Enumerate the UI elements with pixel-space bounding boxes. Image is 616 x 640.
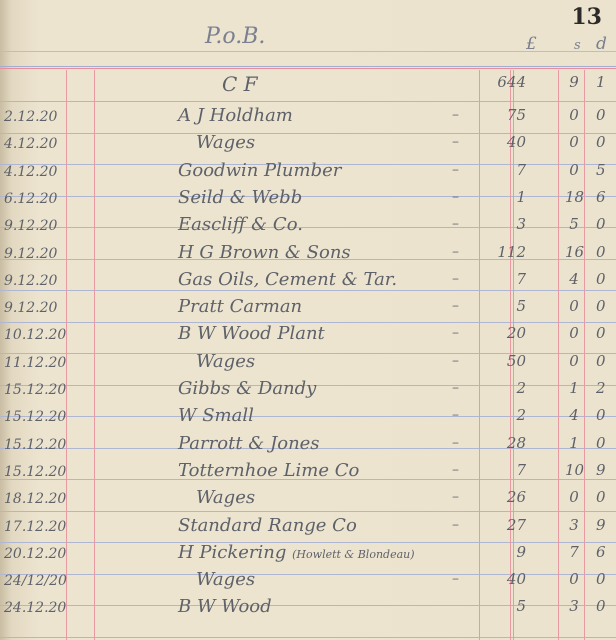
entry-date: 2.12.20 (4, 109, 57, 125)
entry-date: 9.12.20 (4, 246, 57, 262)
entry-payee: W Small (178, 405, 254, 426)
entry-date: 18.12.20 (4, 491, 66, 507)
entry-date: 15.12.20 (4, 464, 66, 480)
amount-shillings: 0 (565, 488, 583, 506)
entry-description: H G Brown & Sons (178, 242, 351, 263)
entry-dash: – (452, 489, 459, 505)
amount-pence: 0 (596, 597, 606, 615)
entry-description: Wages (196, 569, 255, 590)
amount-pence: 0 (596, 406, 606, 424)
entry-description: Wages (196, 487, 255, 508)
amount-pounds: 2 (516, 379, 526, 397)
amount-pence: 1 (596, 73, 606, 91)
entry-dash: – (452, 325, 459, 341)
amount-pounds: 40 (507, 570, 526, 588)
ledger-entry-row: 4.12.20Wages –4000 (0, 130, 616, 161)
entry-dash: – (452, 435, 459, 451)
amount-pence: 9 (596, 461, 606, 479)
entry-dash: – (452, 462, 459, 478)
entry-date: 24/12/20 (4, 573, 67, 589)
amount-pounds: 50 (507, 352, 526, 370)
amount-pounds: 1 (516, 188, 526, 206)
entry-description: H Pickering (Howlett & Blondeau) (178, 542, 415, 563)
amount-pence: 0 (596, 488, 606, 506)
entry-dash: – (452, 380, 459, 396)
entry-dash: – (452, 134, 459, 150)
amount-shillings: 0 (565, 133, 583, 151)
amount-shillings: 16 (565, 243, 583, 261)
entry-payee: Goodwin Plumber (178, 160, 341, 181)
entry-dash: – (452, 107, 459, 123)
entry-note: (Howlett & Blondeau) (292, 548, 414, 561)
amount-pounds: 7 (516, 161, 526, 179)
amount-pounds: 5 (516, 597, 526, 615)
entry-payee: Seild & Webb (178, 187, 302, 208)
entry-dash: – (452, 298, 459, 314)
amount-shillings: 0 (565, 297, 583, 315)
amount-shillings: 0 (565, 570, 583, 588)
amount-shillings: 18 (565, 188, 583, 206)
entry-payee: A J Holdham (178, 105, 293, 126)
entry-dash: – (452, 189, 459, 205)
entry-payee: H Pickering (178, 542, 286, 563)
amount-shillings: 7 (565, 543, 583, 561)
entry-payee: Wages (196, 351, 255, 372)
entry-dash: – (452, 517, 459, 533)
entry-date: 9.12.20 (4, 300, 57, 316)
amount-shillings: 0 (565, 161, 583, 179)
entry-payee: Wages (196, 487, 255, 508)
shillings-header: s (574, 38, 581, 53)
entry-date: 9.12.20 (4, 273, 57, 289)
amount-pence: 0 (596, 434, 606, 452)
amount-pence: 0 (596, 570, 606, 588)
amount-pence: 0 (596, 106, 606, 124)
entry-description: Standard Range Co (178, 515, 357, 536)
entry-description: Wages (196, 351, 255, 372)
entry-description: Eascliff & Co. (178, 214, 303, 235)
entry-date: 15.12.20 (4, 437, 66, 453)
amount-shillings: 5 (565, 215, 583, 233)
amount-pence: 6 (596, 543, 606, 561)
ledger-entry-row: 18.12.20Wages –2600 (0, 485, 616, 516)
amount-pounds: 28 (507, 434, 526, 452)
amount-pounds: 20 (507, 324, 526, 342)
amount-pounds: 3 (516, 215, 526, 233)
ruled-line (0, 101, 616, 102)
amount-shillings: 9 (565, 73, 583, 91)
entry-date: 24.12.20 (4, 600, 66, 616)
entry-description: Seild & Webb (178, 187, 302, 208)
entry-payee: Gas Oils, Cement & Tar. (178, 269, 397, 290)
entry-description: Parrott & Jones (178, 433, 320, 454)
amount-shillings: 10 (565, 461, 583, 479)
amount-shillings: 4 (565, 406, 583, 424)
entry-dash: – (452, 216, 459, 232)
entry-payee: Totternhoe Lime Co (178, 460, 359, 481)
amount-shillings: 4 (565, 270, 583, 288)
amount-pence: 0 (596, 215, 606, 233)
amount-pence: 6 (596, 188, 606, 206)
amount-shillings: 0 (565, 352, 583, 370)
entry-date: 6.12.20 (4, 191, 57, 207)
amount-shillings: 1 (565, 379, 583, 397)
entry-dash: – (452, 353, 459, 369)
entry-date: 9.12.20 (4, 218, 57, 234)
pounds-header: £ (526, 34, 537, 54)
entry-date: 4.12.20 (4, 136, 57, 152)
entry-date: 20.12.20 (4, 546, 66, 562)
amount-pence: 0 (596, 133, 606, 151)
amount-shillings: 3 (565, 516, 583, 534)
ledger-entry-row: 24.12.20B W Wood 530 (0, 594, 616, 625)
entry-dash: – (452, 244, 459, 260)
entry-description: B W Wood Plant (178, 323, 325, 344)
entry-date: 4.12.20 (4, 164, 57, 180)
entry-payee: Gibbs & Dandy (178, 378, 316, 399)
amount-pence: 0 (596, 270, 606, 288)
amount-pence: 2 (596, 379, 606, 397)
entry-payee: Wages (196, 569, 255, 590)
amount-shillings: 3 (565, 597, 583, 615)
pence-header: d (596, 34, 607, 54)
entry-date: 15.12.20 (4, 409, 66, 425)
entry-dash: – (452, 571, 459, 587)
entry-payee: Wages (196, 132, 255, 153)
brought-forward-row: C F 644 9 1 (0, 70, 616, 101)
ledger-entry-row: 15.12.20W Small –240 (0, 403, 616, 434)
entry-payee: B W Wood (178, 596, 272, 617)
amount-pounds: 7 (516, 270, 526, 288)
page-number: 13 (571, 4, 602, 30)
entry-payee: Standard Range Co (178, 515, 357, 536)
amount-pounds: 27 (507, 516, 526, 534)
entry-description: B W Wood (178, 596, 272, 617)
amount-pounds: 644 (497, 73, 526, 91)
amount-pounds: 40 (507, 133, 526, 151)
brought-forward-label: C F (222, 72, 258, 96)
amount-shillings: 1 (565, 434, 583, 452)
entry-payee: H G Brown & Sons (178, 242, 351, 263)
entry-dash: – (452, 407, 459, 423)
entry-payee: Pratt Carman (178, 296, 302, 317)
amount-pounds: 26 (507, 488, 526, 506)
amount-pounds: 9 (516, 543, 526, 561)
amount-pounds: 75 (507, 106, 526, 124)
entry-date: 11.12.20 (4, 355, 66, 371)
entry-description: Gas Oils, Cement & Tar. (178, 269, 397, 290)
amount-pence: 0 (596, 324, 606, 342)
header-rule (0, 51, 616, 52)
entry-description: W Small (178, 405, 254, 426)
page-heading: P.o.B. (205, 24, 265, 49)
entry-payee: B W Wood Plant (178, 323, 325, 344)
top-blue-rule (0, 66, 616, 67)
ledger-page: 13 P.o.B. £ s d C F 644 9 1 2.12.20A J H… (0, 0, 616, 640)
amount-pounds: 112 (497, 243, 526, 261)
ledger-entry-row: 9.12.20Eascliff & Co. –350 (0, 212, 616, 243)
amount-pence: 0 (596, 243, 606, 261)
ruled-line (0, 637, 616, 638)
amount-pence: 0 (596, 352, 606, 370)
amount-pence: 9 (596, 516, 606, 534)
amount-pounds: 2 (516, 406, 526, 424)
entry-description: Gibbs & Dandy (178, 378, 316, 399)
entry-date: 15.12.20 (4, 382, 66, 398)
amount-shillings: 0 (565, 324, 583, 342)
entry-description: Totternhoe Lime Co (178, 460, 359, 481)
top-red-rule (0, 68, 616, 69)
amount-pounds: 5 (516, 297, 526, 315)
entry-date: 17.12.20 (4, 519, 66, 535)
entry-payee: Eascliff & Co. (178, 214, 303, 235)
amount-pence: 5 (596, 161, 606, 179)
entry-date: 10.12.20 (4, 327, 66, 343)
entry-description: Wages (196, 132, 255, 153)
ledger-entry-row: 10.12.20B W Wood Plant –2000 (0, 321, 616, 352)
entry-dash: – (452, 162, 459, 178)
entry-dash: – (452, 271, 459, 287)
entry-payee: Parrott & Jones (178, 433, 320, 454)
entry-description: A J Holdham (178, 105, 293, 126)
entry-description: Goodwin Plumber (178, 160, 341, 181)
entry-description: Pratt Carman (178, 296, 302, 317)
amount-pounds: 7 (516, 461, 526, 479)
amount-pence: 0 (596, 297, 606, 315)
amount-shillings: 0 (565, 106, 583, 124)
